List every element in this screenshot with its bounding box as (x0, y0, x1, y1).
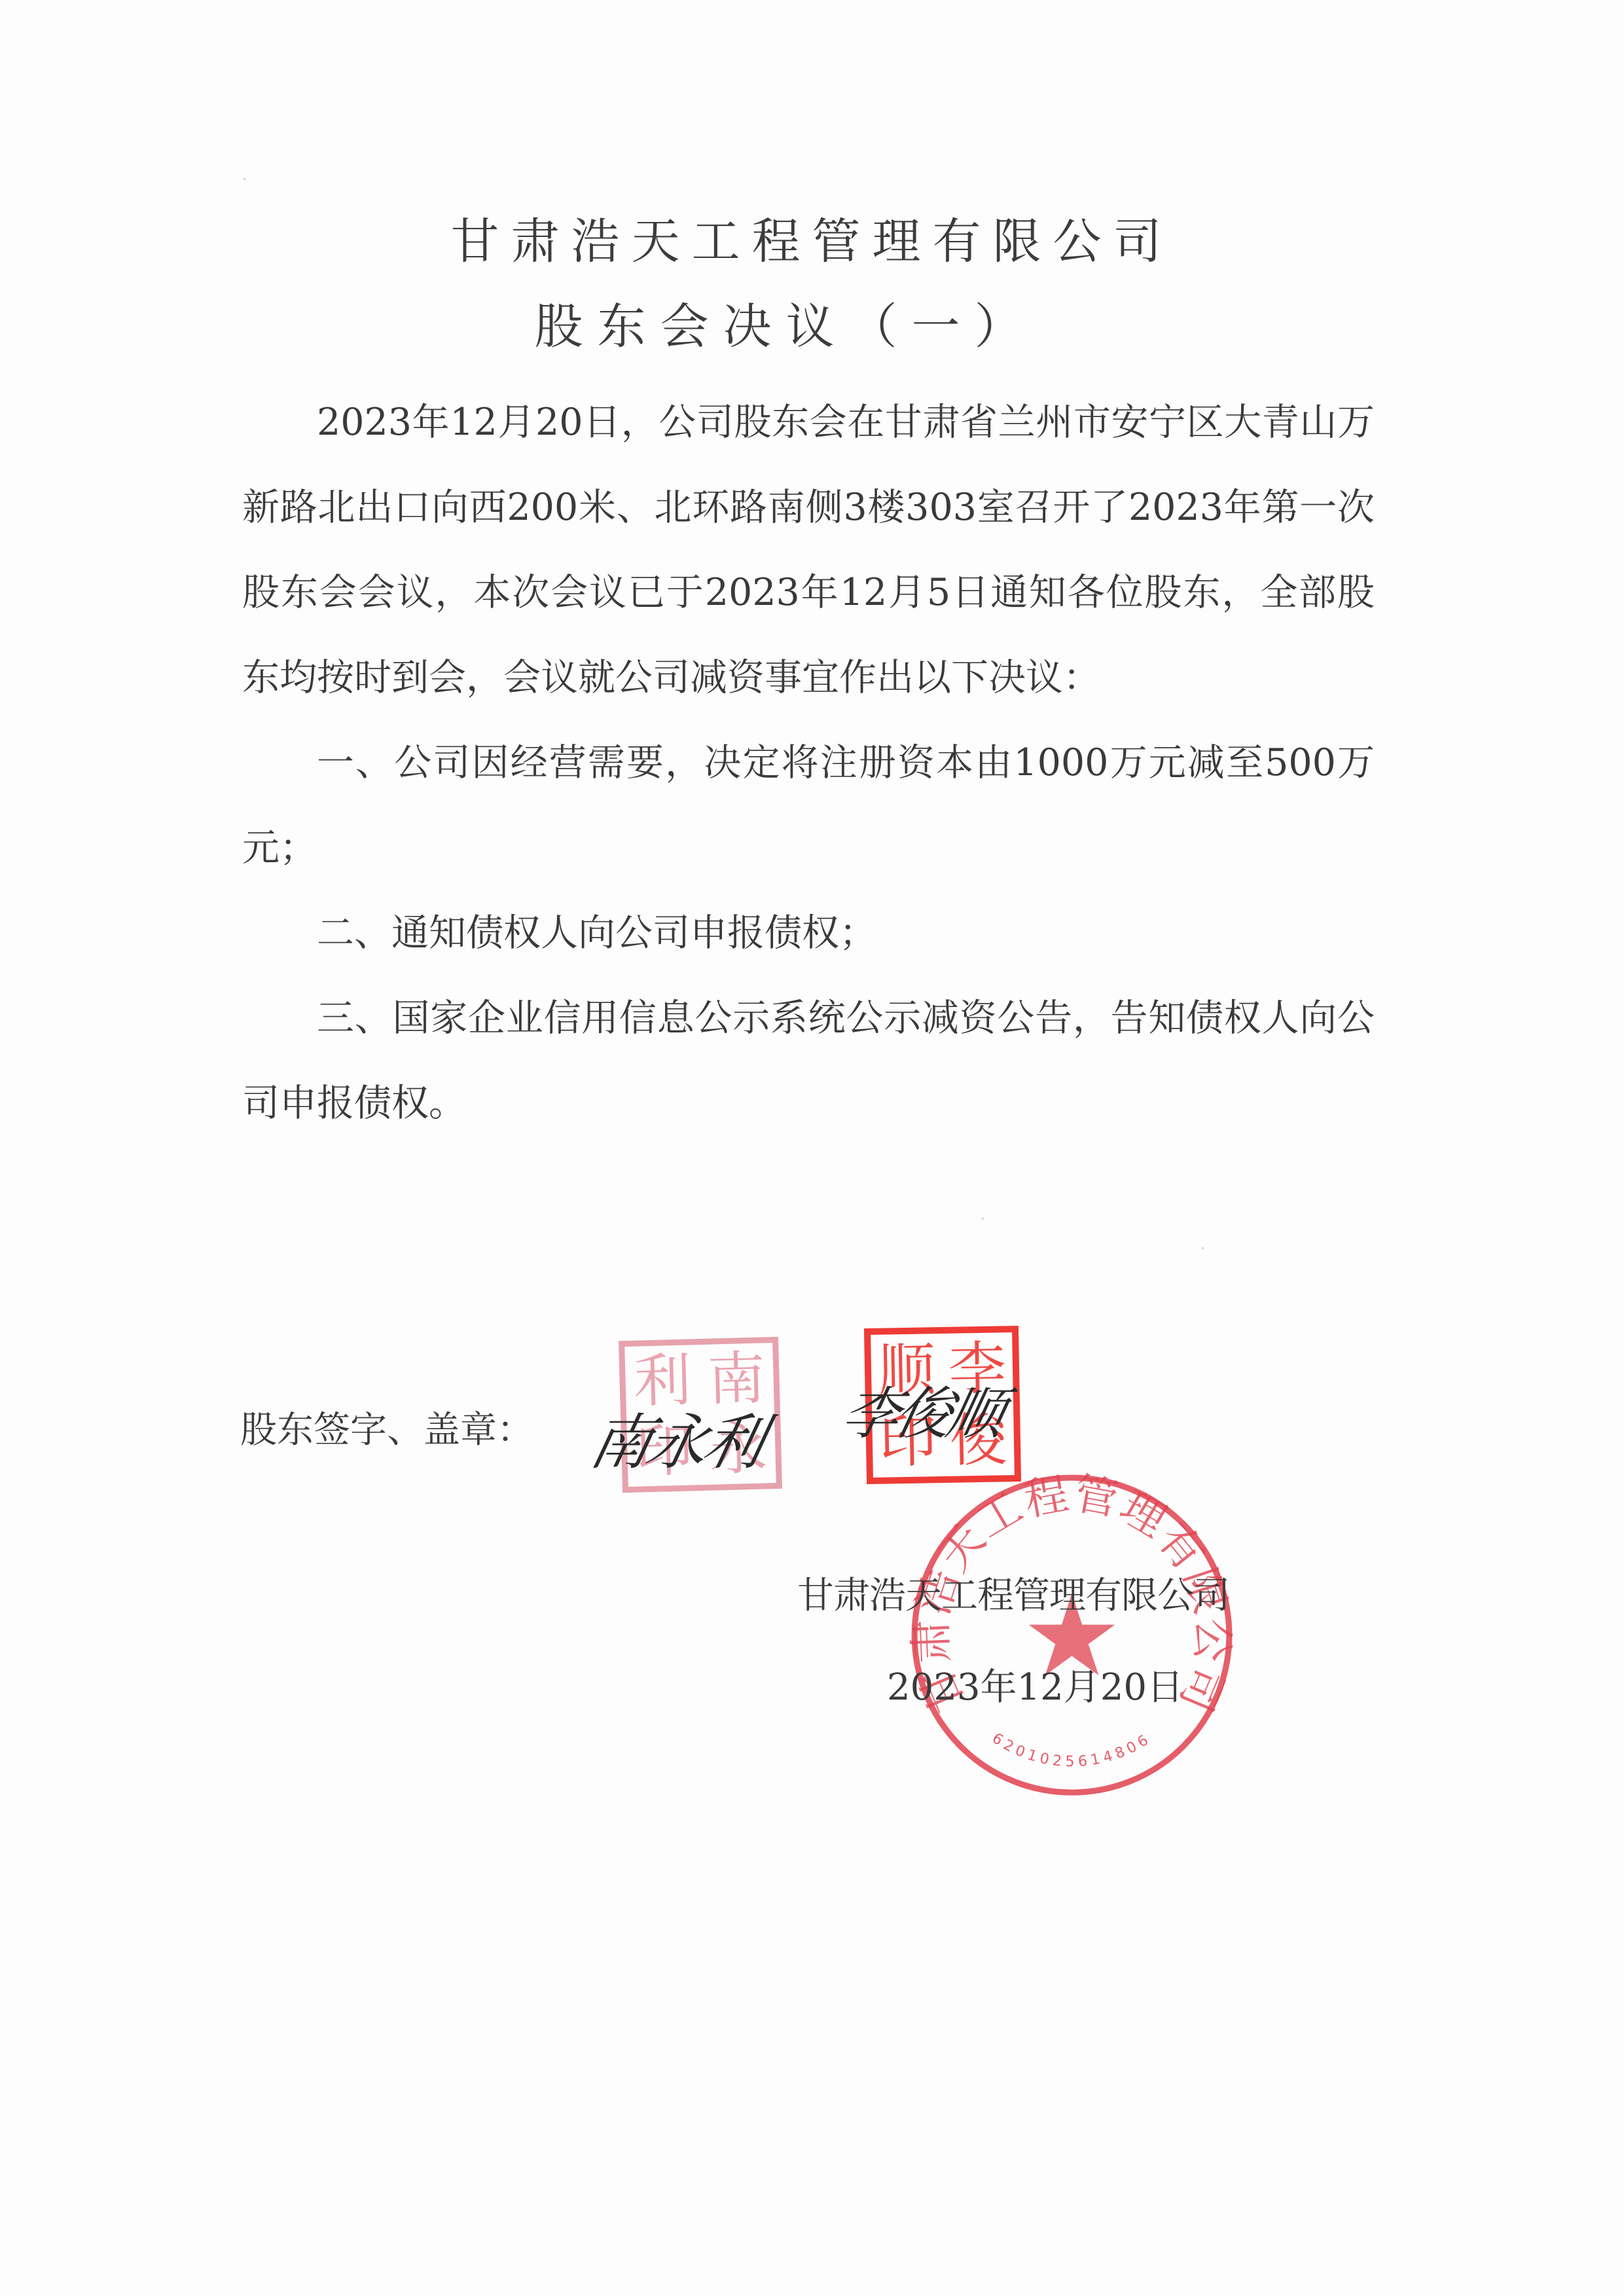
scan-speck (244, 178, 245, 180)
resolution-item-3: 三、国家企业信用信息公示系统公示减资公告，告知债权人向公司申报债权。 (242, 975, 1375, 1146)
resolution-body: 2023年12月20日，公司股东会在甘肃省兰州市安宁区大青山万新路北出口向西20… (242, 380, 1375, 1146)
company-title: 甘肃浩天工程管理有限公司 (0, 203, 1624, 272)
scan-speck (982, 1218, 984, 1220)
footer-date: 2023年12月20日 (887, 1658, 1183, 1711)
handwritten-signature-2: 李俊顺 (836, 1368, 1010, 1449)
document-page: 甘肃浩天工程管理有限公司 股东会决议（一） 2023年12月20日，公司股东会在… (0, 0, 1624, 2296)
scan-speck (1202, 1247, 1204, 1249)
svg-text:6201025614806: 6201025614806 (989, 1730, 1155, 1770)
seal-number: 6201025614806 (989, 1730, 1155, 1770)
intro-paragraph: 2023年12月20日，公司股东会在甘肃省兰州市安宁区大青山万新路北出口向西20… (242, 380, 1375, 720)
handwritten-signature-1: 南永利 (583, 1394, 770, 1481)
footer-company: 甘肃浩天工程管理有限公司 (797, 1567, 1229, 1619)
resolution-item-2: 二、通知债权人向公司申报债权； (242, 890, 1375, 975)
resolution-title: 股东会决议（一） (0, 288, 1598, 357)
company-seal-icon: 甘肃浩天工程管理有限公司 ★ 6201025614806 (907, 1470, 1237, 1800)
signature-label: 股东签字、盖章： (240, 1401, 533, 1453)
resolution-item-1: 一、公司因经营需要，决定将注册资本由1000万元减至500万元； (242, 720, 1375, 890)
